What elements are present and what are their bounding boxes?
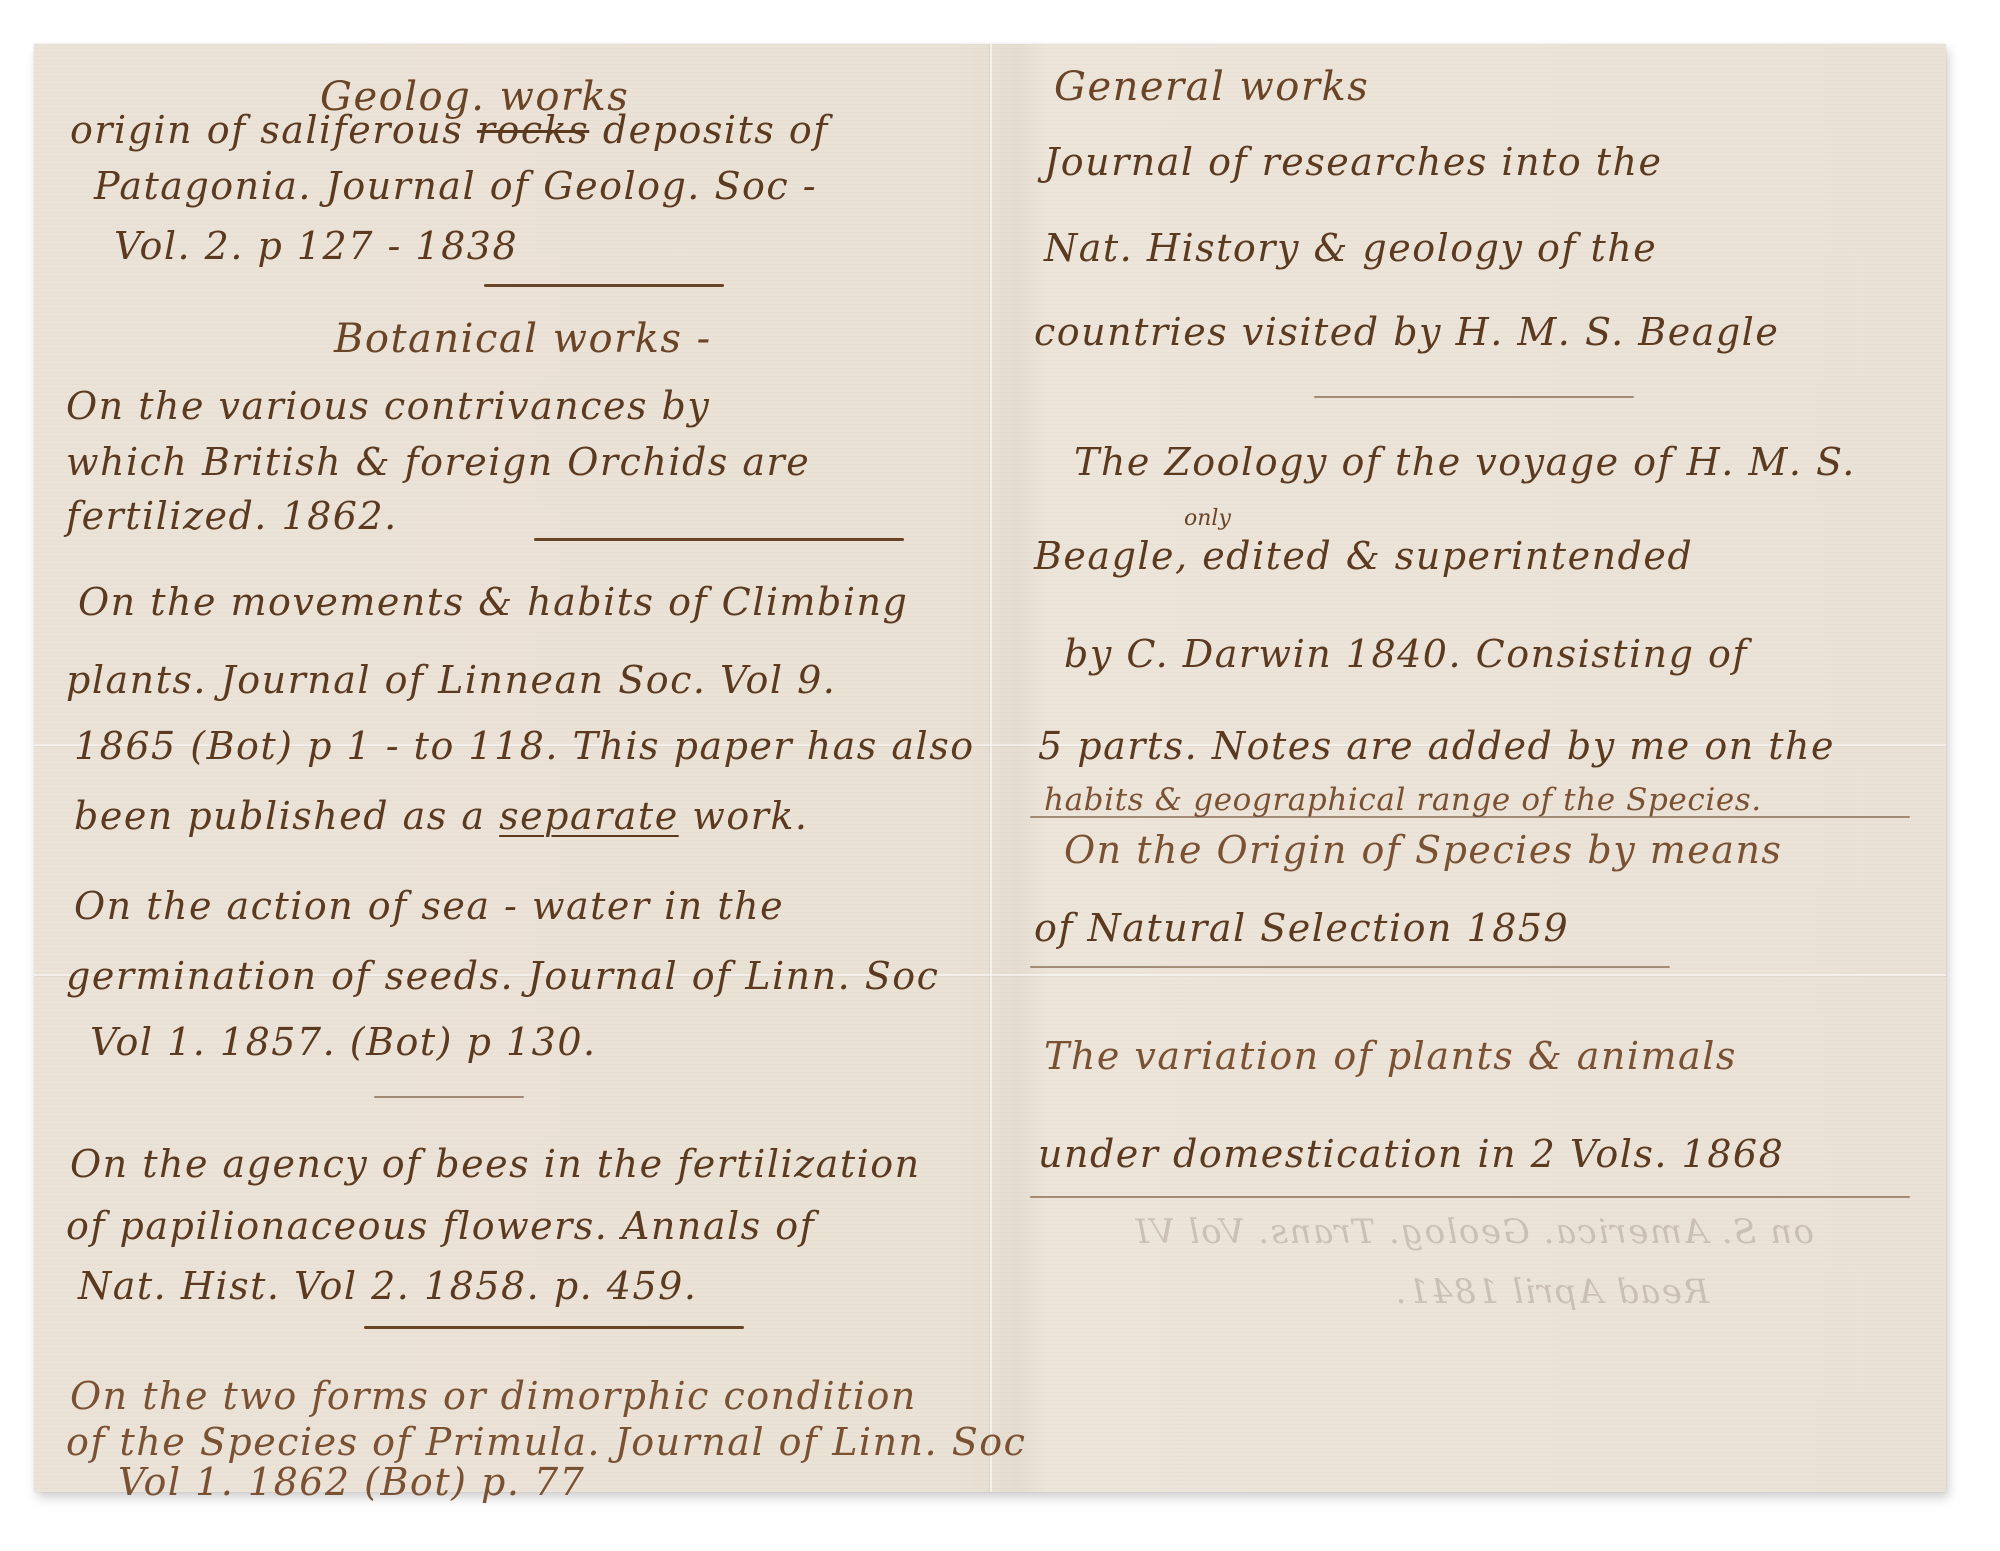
entry-line: The Zoology of the voyage of H. M. S. — [1074, 440, 1856, 484]
entry-line: Journal of researches into the — [1044, 140, 1663, 184]
entry-line: On the movements & habits of Climbing — [78, 580, 908, 624]
vertical-fold-crease — [990, 44, 992, 1492]
section-divider — [484, 284, 724, 287]
entry-line: work. — [692, 794, 808, 838]
entry-line: 1865 (Bot) p 1 - to 118. This paper has … — [74, 724, 975, 768]
bleed-through-text: Read April 1841. — [1394, 1272, 1709, 1312]
insertion-mark: only — [1184, 506, 1231, 531]
underlined-word: separate — [499, 794, 679, 838]
entry-divider — [534, 538, 904, 541]
entry-divider — [374, 1096, 524, 1098]
entry-line: of the Species of Primula. Journal of Li… — [66, 1420, 1026, 1464]
entry-line: 5 parts. Notes are added by me on the — [1038, 724, 1835, 768]
entry-line: which British & foreign Orchids are — [66, 440, 810, 484]
entry-line: by C. Darwin 1840. Consisting of — [1064, 632, 1748, 676]
entry-line: On the various contrivances by — [66, 384, 710, 428]
entry-line: deposits of — [603, 108, 829, 152]
entry-line: Beagle, edited & superintended — [1034, 534, 1693, 578]
entry-divider — [364, 1326, 744, 1329]
entry-line: of papilionaceous flowers. Annals of — [66, 1204, 815, 1248]
entry-line: Nat. Hist. Vol 2. 1858. p. 459. — [78, 1264, 697, 1308]
entry-line: plants. Journal of Linnean Soc. Vol 9. — [66, 658, 836, 702]
entry-line: fertilized. 1862. — [66, 494, 398, 538]
entry-divider — [1030, 1196, 1910, 1198]
entry-divider — [1030, 816, 1910, 818]
bleed-through-text: on S. America. Geolog. Trans. Vol VI — [1134, 1212, 1814, 1252]
entry-divider — [1314, 396, 1634, 398]
section-heading-botanical: Botanical works - — [334, 316, 712, 362]
manuscript-sheet: on S. America. Geolog. Trans. Vol VI Rea… — [34, 44, 1946, 1492]
entry-line: Vol. 2. p 127 - 1838 — [114, 224, 518, 268]
entry-line: habits & geographical range of the Speci… — [1044, 782, 1762, 818]
entry-line: The variation of plants & animals — [1044, 1034, 1737, 1078]
entry-line: germination of seeds. Journal of Linn. S… — [66, 954, 939, 998]
entry-line: been published as a — [74, 794, 486, 838]
entry-line: under domestication in 2 Vols. 1868 — [1038, 1132, 1784, 1176]
entry-line: Nat. History & geology of the — [1044, 226, 1657, 270]
section-heading-general: General works — [1054, 64, 1369, 110]
entry-divider — [1030, 966, 1670, 968]
entry-line: On the Origin of Species by means — [1064, 828, 1782, 872]
entry-line: On the agency of bees in the fertilizati… — [70, 1142, 921, 1186]
entry-line: countries visited by H. M. S. Beagle — [1034, 310, 1779, 354]
entry-line: On the two forms or dimorphic condition — [70, 1374, 917, 1418]
entry-line: Vol 1. 1862 (Bot) p. 77 — [118, 1460, 585, 1504]
struck-word: rocks — [477, 108, 589, 152]
entry-line: On the action of sea - water in the — [74, 884, 784, 928]
entry-line: of Natural Selection 1859 — [1034, 906, 1569, 950]
entry-line: Patagonia. Journal of Geolog. Soc - — [94, 164, 817, 208]
entry-line: origin of saliferous — [70, 108, 463, 152]
entry-line: Vol 1. 1857. (Bot) p 130. — [90, 1020, 597, 1064]
